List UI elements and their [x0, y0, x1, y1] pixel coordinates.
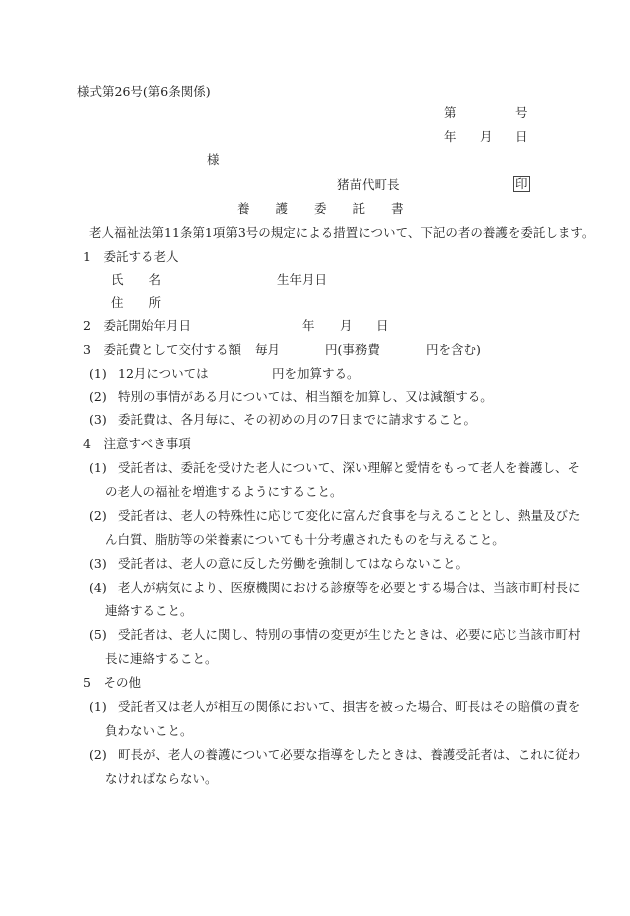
s4-item1-num: (1)	[89, 460, 107, 476]
s5-item1-line2: 負わないこと。	[105, 723, 193, 739]
s5-item2-line2: なければならない。	[105, 771, 218, 787]
title-char: 護	[276, 201, 289, 217]
s4-item5-line2: 長に連絡すること。	[105, 651, 218, 667]
document-title: 養護委託書	[237, 201, 430, 217]
s5-item2-line1: 町長が、老人の養護について必要な指導をしたときは、養護受託者は、これに従わ	[118, 747, 580, 763]
s3-item1-text-a: 12月については	[118, 366, 209, 382]
s4-item2-line2: ん白質、脂肪等の栄養素についても十分考慮されたものを与えること。	[105, 532, 505, 548]
section5-heading: 5 その他	[83, 675, 141, 691]
s5-item1-line1: 受託者又は老人が相互の関係において、損害を被った場合、町長はその賠償の責を	[118, 699, 580, 715]
doc-number-suffix: 号	[515, 105, 528, 121]
s4-item2-num: (2)	[89, 508, 107, 524]
s4-item5-line1: 受託者は、老人に関し、特別の事情の変更が生じたときは、必要に応じ当該市町村	[118, 627, 581, 643]
yen-office-label: 円(事務費	[325, 342, 380, 358]
section2-heading: 2 委託開始年月日	[83, 318, 191, 334]
doc-number-prefix: 第	[444, 105, 457, 121]
s4-item4-line1: 老人が病気により、医療機関における診療等を必要とする場合は、当該市町村長に	[118, 580, 581, 596]
section3-heading: 3 委託費として交付する額	[83, 342, 241, 358]
s3-item2-num: (2)	[89, 389, 107, 405]
address-label: 住 所	[111, 295, 161, 311]
monthly-label: 毎月	[255, 342, 280, 358]
intro-text: 老人福祉法第11条第1項第3号の規定による措置について、下記の者の養護を委託しま…	[89, 225, 594, 241]
s3-item2-text: 特別の事情がある月については、相当額を加算し、又は減額する。	[118, 389, 493, 405]
issuer-name: 猪苗代町長	[337, 177, 400, 193]
s4-item3-line1: 受託者は、老人の意に反した労働を強制してはならないこと。	[118, 556, 468, 572]
s3-item3-text: 委託費は、各月毎に、その初めの月の7日までに請求すること。	[118, 412, 476, 428]
s5-item1-num: (1)	[89, 699, 107, 715]
title-char: 養	[237, 201, 250, 217]
yen-included-label: 円を含む)	[426, 342, 481, 358]
s4-item4-num: (4)	[89, 580, 107, 596]
date-day-label: 日	[515, 129, 528, 145]
start-year-label: 年	[302, 318, 315, 334]
s4-item3-num: (3)	[89, 556, 107, 572]
s4-item1-line2: の老人の福祉を増進するようにすること。	[105, 484, 343, 500]
s3-item3-num: (3)	[89, 412, 107, 428]
seal-mark: 印	[513, 176, 530, 192]
s4-item4-line2: 連絡すること。	[105, 603, 193, 619]
date-year-label: 年	[444, 129, 457, 145]
s4-item1-line1: 受託者は、委託を受けた老人について、深い理解と愛情をもって老人を養護し、そ	[118, 460, 580, 476]
s3-item1-text-b: 円を加算する。	[272, 366, 360, 382]
title-char: 託	[353, 201, 366, 217]
s3-item1-num: (1)	[89, 366, 107, 382]
s4-item5-num: (5)	[89, 627, 107, 643]
start-day-label: 日	[376, 318, 389, 334]
birthdate-label: 生年月日	[277, 272, 327, 288]
seal-icon: 印	[513, 176, 530, 192]
date-month-label: 月	[480, 129, 493, 145]
s4-item2-line1: 受託者は、老人の特殊性に応じて変化に富んだ食事を与えることとし、熱量及びた	[118, 508, 581, 524]
s5-item2-num: (2)	[89, 747, 107, 763]
form-number: 様式第26号(第6条関係)	[77, 84, 211, 100]
title-char: 委	[314, 201, 327, 217]
section4-heading: 4 注意すべき事項	[83, 436, 191, 452]
start-month-label: 月	[340, 318, 353, 334]
title-char: 書	[391, 201, 404, 217]
name-label: 氏 名	[111, 272, 161, 288]
addressee-suffix: 様	[207, 152, 220, 168]
section1-heading: 1 委託する老人	[83, 249, 178, 265]
